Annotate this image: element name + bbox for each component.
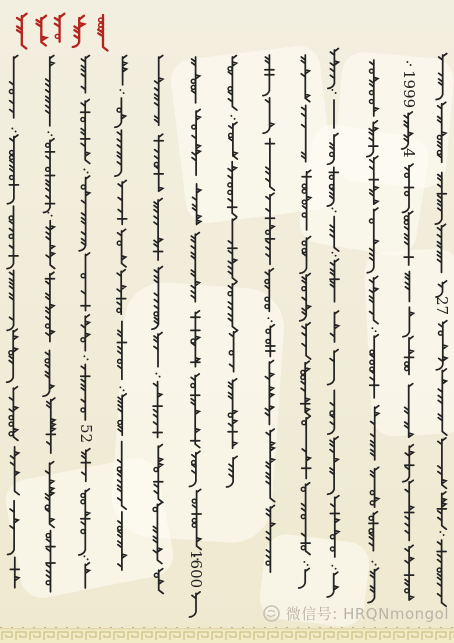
body-text-columns: 5216001999427 bbox=[7, 49, 452, 618]
svg-text:52: 52 bbox=[77, 424, 95, 443]
svg-text:1600: 1600 bbox=[187, 550, 205, 588]
wechat-flourish-icon bbox=[261, 603, 282, 624]
watermark-label: 微信号: HRQNmongol bbox=[286, 603, 449, 624]
mongolian-script-layer: 5216001999427 bbox=[0, 0, 454, 625]
masthead-logo bbox=[17, 14, 108, 51]
svg-text:1999: 1999 bbox=[400, 70, 418, 108]
meander-border bbox=[0, 628, 454, 643]
svg-text:27: 27 bbox=[433, 296, 451, 315]
article-page: 5216001999427 微信号: HRQNmongol bbox=[0, 0, 454, 643]
watermark: 微信号: HRQNmongol bbox=[261, 603, 449, 624]
